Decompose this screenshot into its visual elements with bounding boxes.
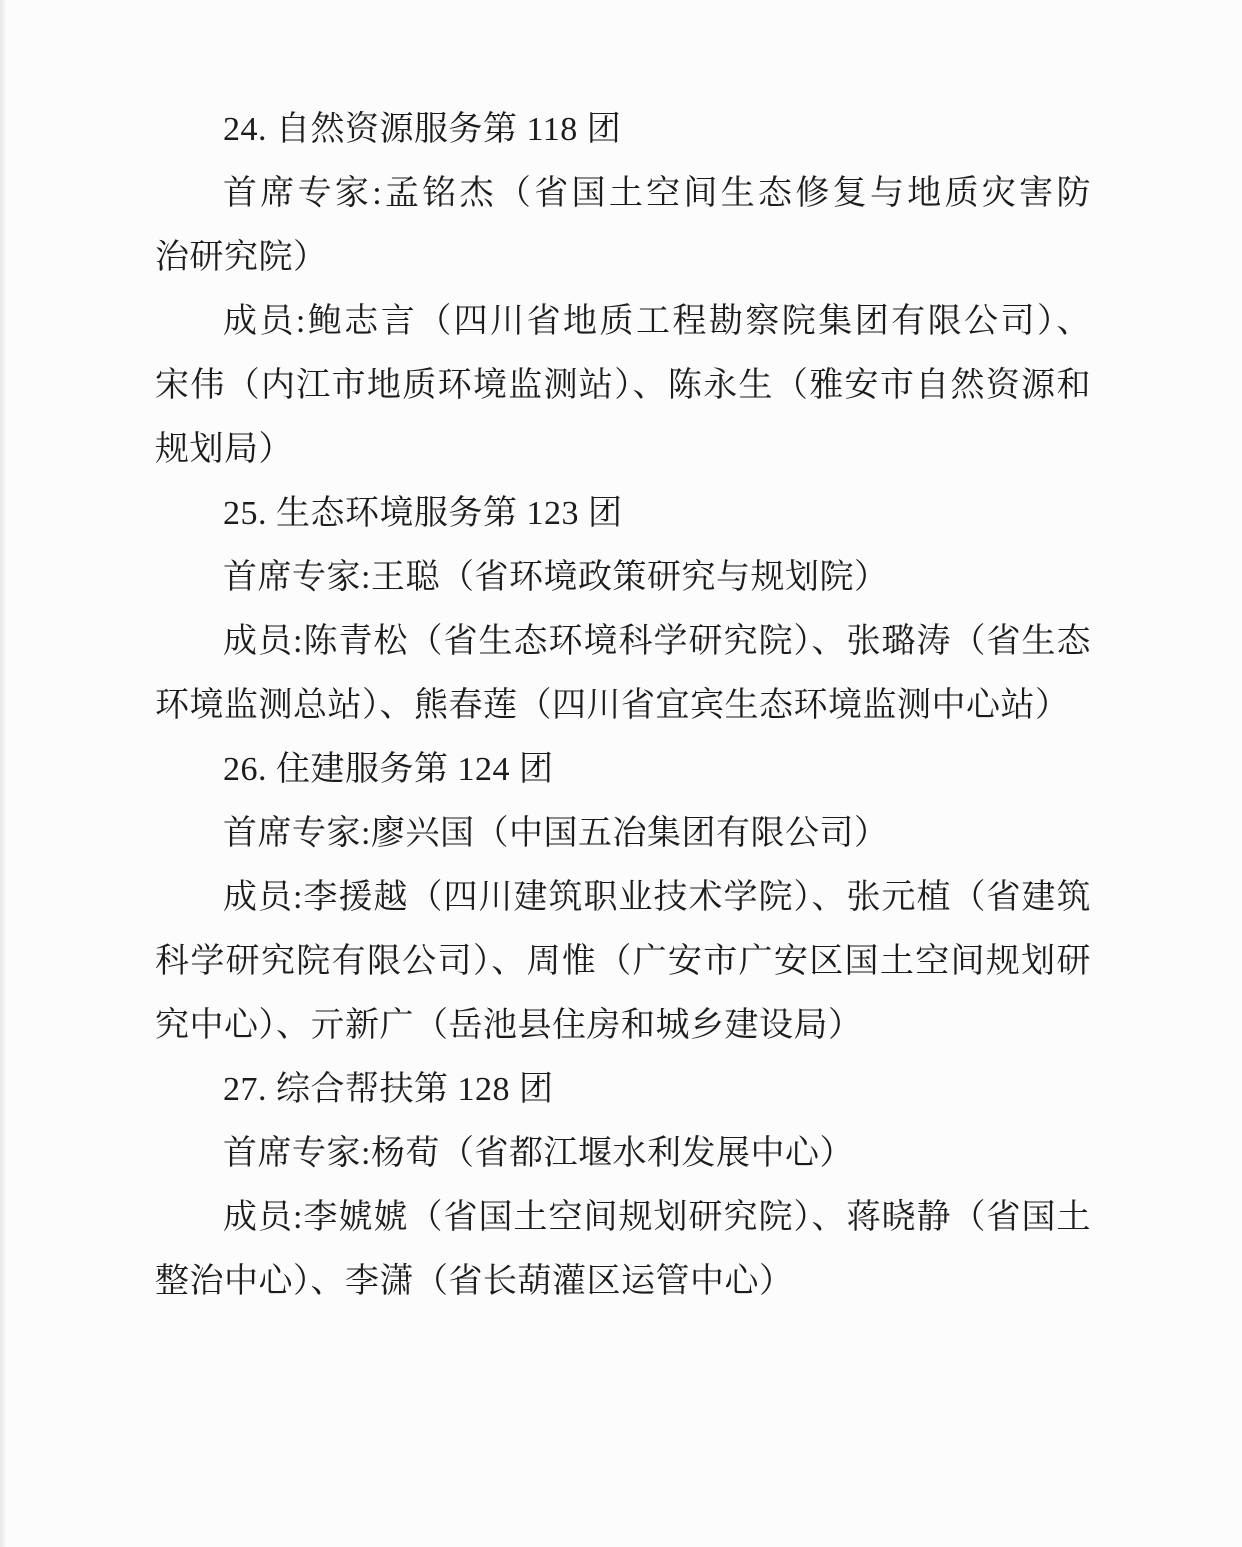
team-section-123: 25. 生态环境服务第 123 团 首席专家:王聪（省环境政策研究与规划院） 成… [155,482,1091,738]
chief-expert-line: 首席专家:廖兴国（中国五冶集团有限公司） [155,802,1091,866]
chief-expert-line: 首席专家:杨荀（省都江堰水利发展中心） [155,1122,1091,1186]
document-body: 24. 自然资源服务第 118 团 首席专家:孟铭杰（省国土空间生态修复与地质灾… [155,98,1091,1314]
team-section-118: 24. 自然资源服务第 118 团 首席专家:孟铭杰（省国土空间生态修复与地质灾… [155,98,1091,482]
chief-expert-line: 首席专家:王聪（省环境政策研究与规划院） [155,546,1091,610]
members-line: 规划局） [155,418,1091,482]
team-heading: 27. 综合帮扶第 128 团 [155,1058,1091,1122]
members-line: 究中心）、亓新广（岳池县住房和城乡建设局） [155,994,1091,1058]
members-line: 宋伟（内江市地质环境监测站）、陈永生（雅安市自然资源和 [155,354,1091,418]
team-section-128: 27. 综合帮扶第 128 团 首席专家:杨荀（省都江堰水利发展中心） 成员:李… [155,1058,1091,1314]
members-line: 成员:李援越（四川建筑职业技术学院）、张元植（省建筑 [155,866,1091,930]
chief-expert-line: 首席专家:孟铭杰（省国土空间生态修复与地质灾害防 [155,162,1091,226]
members-line: 成员:鲍志言（四川省地质工程勘察院集团有限公司）、 [155,290,1091,354]
members-line: 成员:陈青松（省生态环境科学研究院）、张璐涛（省生态 [155,610,1091,674]
team-heading: 26. 住建服务第 124 团 [155,738,1091,802]
team-heading: 24. 自然资源服务第 118 团 [155,98,1091,162]
team-section-124: 26. 住建服务第 124 团 首席专家:廖兴国（中国五冶集团有限公司） 成员:… [155,738,1091,1058]
page-left-edge-shadow [0,0,7,1547]
members-line: 环境监测总站）、熊春莲（四川省宜宾生态环境监测中心站） [155,674,1091,738]
team-heading: 25. 生态环境服务第 123 团 [155,482,1091,546]
chief-expert-line: 治研究院） [155,226,1091,290]
members-line: 科学研究院有限公司）、周惟（广安市广安区国土空间规划研 [155,930,1091,994]
members-line: 整治中心）、李潇（省长葫灌区运管中心） [155,1250,1091,1314]
members-line: 成员:李婋婋（省国土空间规划研究院）、蒋晓静（省国土 [155,1186,1091,1250]
